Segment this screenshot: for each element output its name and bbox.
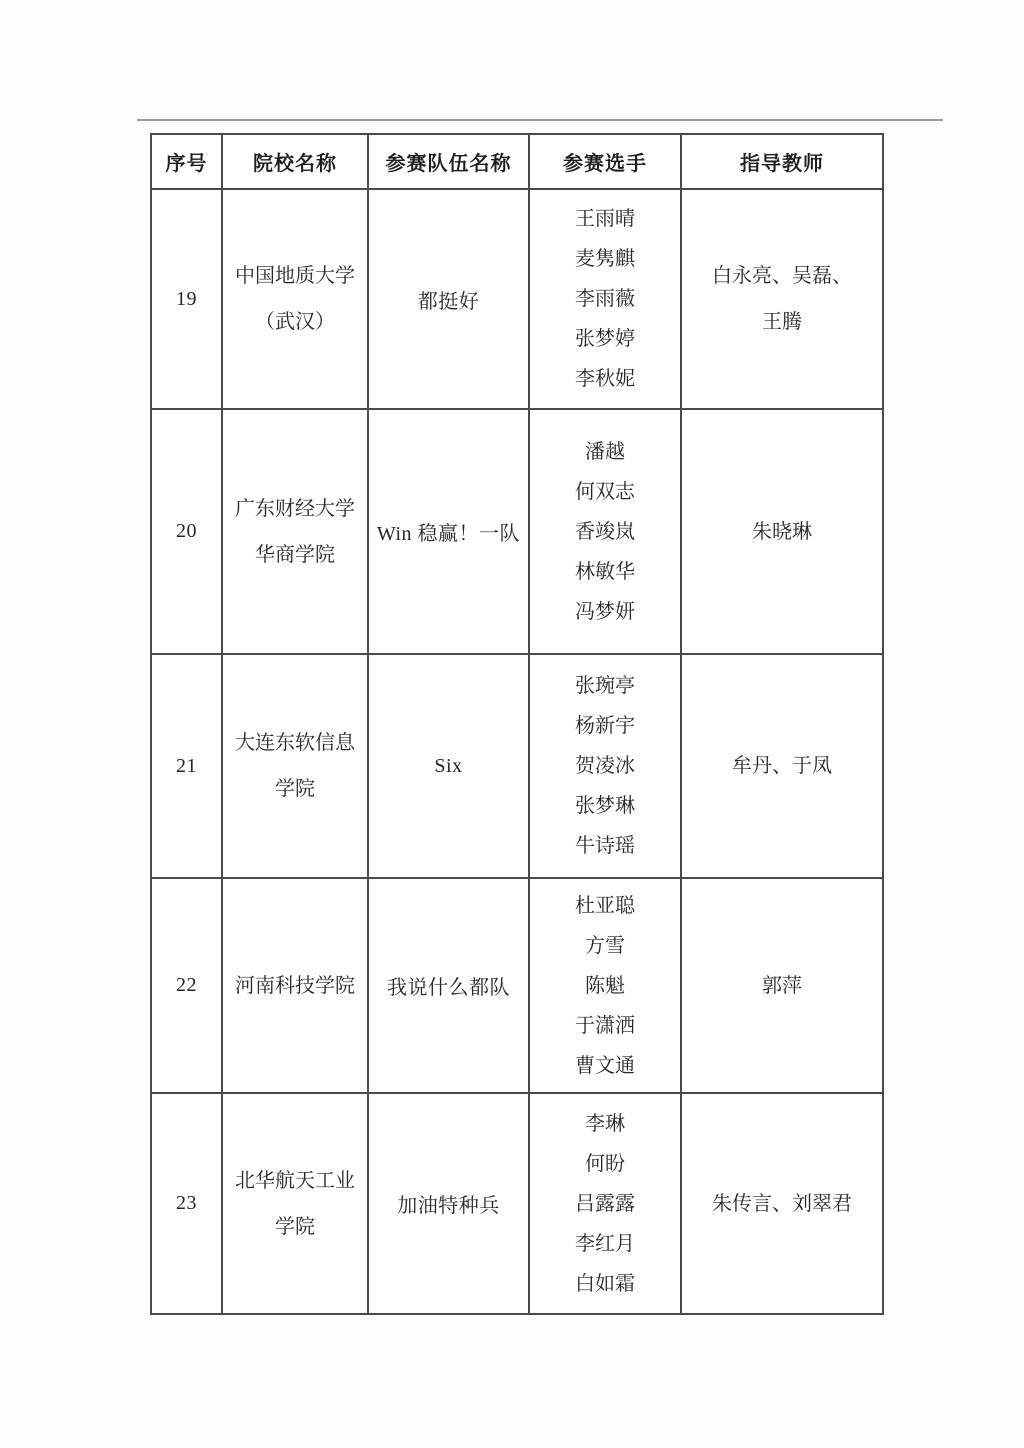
- table-row: 22 河南科技学院 我说什么都队 杜亚聪 方雪 陈魁 于潇洒 曹文通 郭萍: [151, 878, 883, 1093]
- player-name: 潘越: [530, 432, 680, 472]
- players-cell: 杜亚聪 方雪 陈魁 于潇洒 曹文通: [529, 878, 681, 1093]
- document-page: 序号 院校名称 参赛队伍名称 参赛选手 指导教师 19 中国地质大学 （武汉） …: [0, 0, 1024, 1448]
- school-name-cell: 河南科技学院: [222, 878, 368, 1093]
- player-name: 方雪: [530, 926, 680, 966]
- header-cell-players: 参赛选手: [529, 134, 681, 189]
- header-cell-no: 序号: [151, 134, 222, 189]
- teacher-names-line: 白永亮、吴磊、: [682, 253, 882, 299]
- teacher-names-line: 王腾: [682, 299, 882, 345]
- school-name-cell: 大连东软信息 学院: [222, 654, 368, 878]
- teacher-names-line: 郭萍: [682, 963, 882, 1009]
- teachers-cell: 牟丹、于凤: [681, 654, 883, 878]
- player-name: 李雨薇: [530, 279, 680, 319]
- player-name: 王雨晴: [530, 199, 680, 239]
- player-name: 何盼: [530, 1144, 680, 1184]
- table-row: 19 中国地质大学 （武汉） 都挺好 王雨晴 麦隽麒 李雨薇 张梦婷 李秋妮 白…: [151, 189, 883, 409]
- player-name: 李琳: [530, 1104, 680, 1144]
- players-cell: 王雨晴 麦隽麒 李雨薇 张梦婷 李秋妮: [529, 189, 681, 409]
- row-number: 21: [151, 654, 222, 878]
- header-cell-team: 参赛队伍名称: [368, 134, 529, 189]
- teacher-names-line: 朱晓琳: [682, 509, 882, 555]
- player-name: 冯梦妍: [530, 592, 680, 632]
- team-name-cell: 都挺好: [368, 189, 529, 409]
- player-name: 香竣岚: [530, 512, 680, 552]
- school-name-line: 广东财经大学: [223, 486, 367, 532]
- school-name-line: 河南科技学院: [223, 963, 367, 1009]
- player-name: 何双志: [530, 472, 680, 512]
- table-header-row: 序号 院校名称 参赛队伍名称 参赛选手 指导教师: [151, 134, 883, 189]
- page-break-rule: [137, 119, 943, 121]
- players-cell: 李琳 何盼 吕露露 李红月 白如霜: [529, 1093, 681, 1314]
- school-name-cell: 广东财经大学 华商学院: [222, 409, 368, 654]
- teachers-cell: 朱晓琳: [681, 409, 883, 654]
- row-number: 22: [151, 878, 222, 1093]
- teachers-cell: 朱传言、刘翠君: [681, 1093, 883, 1314]
- table-row: 20 广东财经大学 华商学院 Win 稳赢！一队 潘越 何双志 香竣岚 林敏华 …: [151, 409, 883, 654]
- team-name-cell: Win 稳赢！一队: [368, 409, 529, 654]
- team-name-cell: Six: [368, 654, 529, 878]
- school-name-line: 华商学院: [223, 532, 367, 578]
- player-name: 吕露露: [530, 1184, 680, 1224]
- row-number: 20: [151, 409, 222, 654]
- school-name-cell: 中国地质大学 （武汉）: [222, 189, 368, 409]
- player-name: 杜亚聪: [530, 886, 680, 926]
- player-name: 林敏华: [530, 552, 680, 592]
- school-name-cell: 北华航天工业 学院: [222, 1093, 368, 1314]
- teacher-names-line: 朱传言、刘翠君: [682, 1181, 882, 1227]
- team-name-cell: 我说什么都队: [368, 878, 529, 1093]
- player-name: 张梦婷: [530, 319, 680, 359]
- player-name: 张梦琳: [530, 786, 680, 826]
- player-name: 李红月: [530, 1224, 680, 1264]
- teachers-cell: 郭萍: [681, 878, 883, 1093]
- player-name: 张琬亭: [530, 666, 680, 706]
- team-name-cell: 加油特种兵: [368, 1093, 529, 1314]
- school-name-line: 中国地质大学: [223, 253, 367, 299]
- player-name: 牛诗瑶: [530, 826, 680, 866]
- player-name: 白如霜: [530, 1264, 680, 1304]
- school-name-line: 学院: [223, 1204, 367, 1250]
- player-name: 李秋妮: [530, 359, 680, 399]
- school-name-line: 北华航天工业: [223, 1158, 367, 1204]
- table-row: 23 北华航天工业 学院 加油特种兵 李琳 何盼 吕露露 李红月 白如霜 朱传言…: [151, 1093, 883, 1314]
- player-name: 曹文通: [530, 1046, 680, 1086]
- school-name-line: 大连东软信息: [223, 720, 367, 766]
- player-name: 于潇洒: [530, 1006, 680, 1046]
- player-name: 贺凌冰: [530, 746, 680, 786]
- teachers-cell: 白永亮、吴磊、 王腾: [681, 189, 883, 409]
- row-number: 19: [151, 189, 222, 409]
- school-name-line: 学院: [223, 766, 367, 812]
- header-cell-teachers: 指导教师: [681, 134, 883, 189]
- row-number: 23: [151, 1093, 222, 1314]
- table-row: 21 大连东软信息 学院 Six 张琬亭 杨新宇 贺凌冰 张梦琳 牛诗瑶 牟丹、…: [151, 654, 883, 878]
- players-cell: 潘越 何双志 香竣岚 林敏华 冯梦妍: [529, 409, 681, 654]
- player-name: 杨新宇: [530, 706, 680, 746]
- teacher-names-line: 牟丹、于凤: [682, 743, 882, 789]
- competition-roster-table: 序号 院校名称 参赛队伍名称 参赛选手 指导教师 19 中国地质大学 （武汉） …: [150, 133, 884, 1315]
- players-cell: 张琬亭 杨新宇 贺凌冰 张梦琳 牛诗瑶: [529, 654, 681, 878]
- school-name-line: （武汉）: [223, 299, 367, 345]
- player-name: 陈魁: [530, 966, 680, 1006]
- header-cell-school: 院校名称: [222, 134, 368, 189]
- player-name: 麦隽麒: [530, 239, 680, 279]
